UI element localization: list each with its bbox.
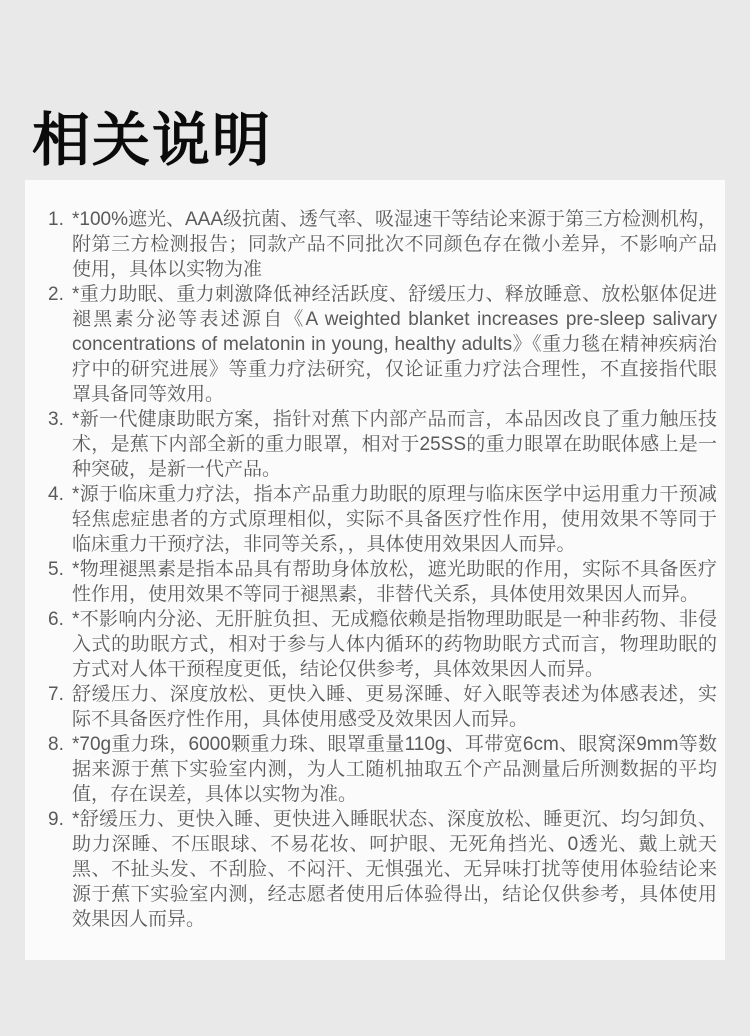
note-text: *新一代健康助眠方案，指针对蕉下内部产品而言，本品因改良了重力触压技术，是蕉下内…: [72, 407, 717, 482]
note-number: 3.: [48, 407, 72, 432]
note-text: *70g重力珠，6000颗重力珠、眼罩重量110g、耳带宽6cm、眼窝深9mm等…: [72, 732, 717, 807]
note-number: 5.: [48, 557, 72, 582]
notes-panel: 1. *100%遮光、AAA级抗菌、透气率、吸湿速干等结论来源于第三方检测机构，…: [25, 180, 725, 960]
note-text: *物理褪黑素是指本品具有帮助身体放松，遮光助眠的作用，实际不具备医疗性作用，使用…: [72, 557, 717, 607]
note-item: 3. *新一代健康助眠方案，指针对蕉下内部产品而言，本品因改良了重力触压技术，是…: [48, 407, 717, 482]
note-text: *重力助眠、重力刺激降低神经活跃度、舒缓压力、释放睡意、放松躯体促进褪黑素分泌等…: [72, 282, 717, 407]
note-item: 5. *物理褪黑素是指本品具有帮助身体放松，遮光助眠的作用，实际不具备医疗性作用…: [48, 557, 717, 607]
note-number: 9.: [48, 807, 72, 832]
note-item: 6. *不影响内分泌、无肝脏负担、无成瘾依赖是指物理助眠是一种非药物、非侵入式的…: [48, 607, 717, 682]
note-item: 8. *70g重力珠，6000颗重力珠、眼罩重量110g、耳带宽6cm、眼窝深9…: [48, 732, 717, 807]
notes-list: 1. *100%遮光、AAA级抗菌、透气率、吸湿速干等结论来源于第三方检测机构，…: [25, 180, 725, 932]
note-number: 2.: [48, 282, 72, 307]
note-text: *100%遮光、AAA级抗菌、透气率、吸湿速干等结论来源于第三方检测机构，附第三…: [72, 207, 717, 282]
note-item: 7. 舒缓压力、深度放松、更快入睡、更易深睡、好入眠等表述为体感表述，实际不具备…: [48, 682, 717, 732]
note-text: *舒缓压力、更快入睡、更快进入睡眠状态、深度放松、睡更沉、均匀卸负、助力深睡、不…: [72, 807, 717, 932]
note-item: 1. *100%遮光、AAA级抗菌、透气率、吸湿速干等结论来源于第三方检测机构，…: [48, 207, 717, 282]
note-number: 1.: [48, 207, 72, 232]
note-text: *不影响内分泌、无肝脏负担、无成瘾依赖是指物理助眠是一种非药物、非侵入式的助眠方…: [72, 607, 717, 682]
note-number: 4.: [48, 482, 72, 507]
note-item: 4. *源于临床重力疗法，指本产品重力助眠的原理与临床医学中运用重力干预减轻焦虑…: [48, 482, 717, 557]
note-text: 舒缓压力、深度放松、更快入睡、更易深睡、好入眠等表述为体感表述，实际不具备医疗性…: [72, 682, 717, 732]
page-title: 相关说明: [32, 103, 272, 178]
note-number: 6.: [48, 607, 72, 632]
note-item: 2. *重力助眠、重力刺激降低神经活跃度、舒缓压力、释放睡意、放松躯体促进褪黑素…: [48, 282, 717, 407]
note-text: *源于临床重力疗法，指本产品重力助眠的原理与临床医学中运用重力干预减轻焦虑症患者…: [72, 482, 717, 557]
note-number: 7.: [48, 682, 72, 707]
note-item: 9. *舒缓压力、更快入睡、更快进入睡眠状态、深度放松、睡更沉、均匀卸负、助力深…: [48, 807, 717, 932]
product-notes-page: 相关说明 1. *100%遮光、AAA级抗菌、透气率、吸湿速干等结论来源于第三方…: [0, 0, 750, 1036]
note-number: 8.: [48, 732, 72, 757]
